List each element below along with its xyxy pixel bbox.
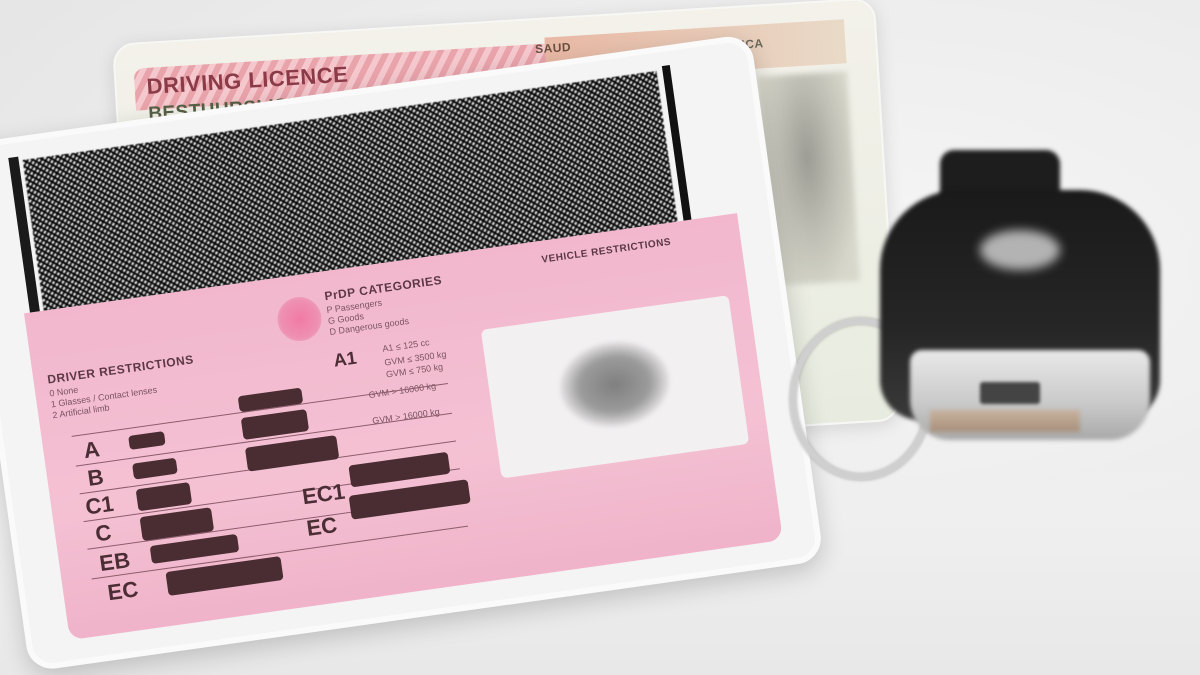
country-partial: SAUD	[535, 40, 572, 56]
code-a: A	[82, 436, 101, 464]
prdp-heading: PrDP CATEGORIES	[324, 273, 443, 303]
vehicle-restrictions-heading: VEHICLE RESTRICTIONS	[541, 237, 672, 266]
code-ec-right: EC	[305, 512, 339, 542]
tanker-icon	[349, 479, 471, 519]
car-brand-logo-icon	[980, 230, 1060, 270]
code-c: C	[94, 519, 113, 547]
driver-restrictions-heading: DRIVER RESTRICTIONS	[47, 352, 195, 386]
code-a1: A1	[332, 348, 358, 372]
coat-of-arms-icon	[275, 294, 325, 344]
motorcycle-icon	[128, 431, 166, 450]
car-key-fob-icon	[870, 150, 1160, 450]
minibus-icon	[241, 409, 309, 440]
rigid-trailer-icon	[348, 452, 450, 488]
key-blade	[930, 410, 1080, 432]
fingerprint-icon	[554, 335, 675, 434]
photo-scene: DRIVING LICENCE BESTUURSLISENSIE CARTA D…	[0, 0, 1200, 675]
car-icon	[132, 458, 178, 480]
front-licence-card: DRIVER RESTRICTIONS 0 None 1 Glasses / C…	[0, 34, 824, 672]
fingerprint-box	[481, 295, 749, 478]
code-c1: C1	[84, 491, 115, 521]
code-b: B	[86, 464, 105, 492]
articulated-truck-icon	[165, 556, 283, 596]
code-ec1-right: EC1	[301, 479, 347, 511]
code-ec: EC	[106, 576, 140, 606]
code-eb: EB	[98, 547, 132, 577]
